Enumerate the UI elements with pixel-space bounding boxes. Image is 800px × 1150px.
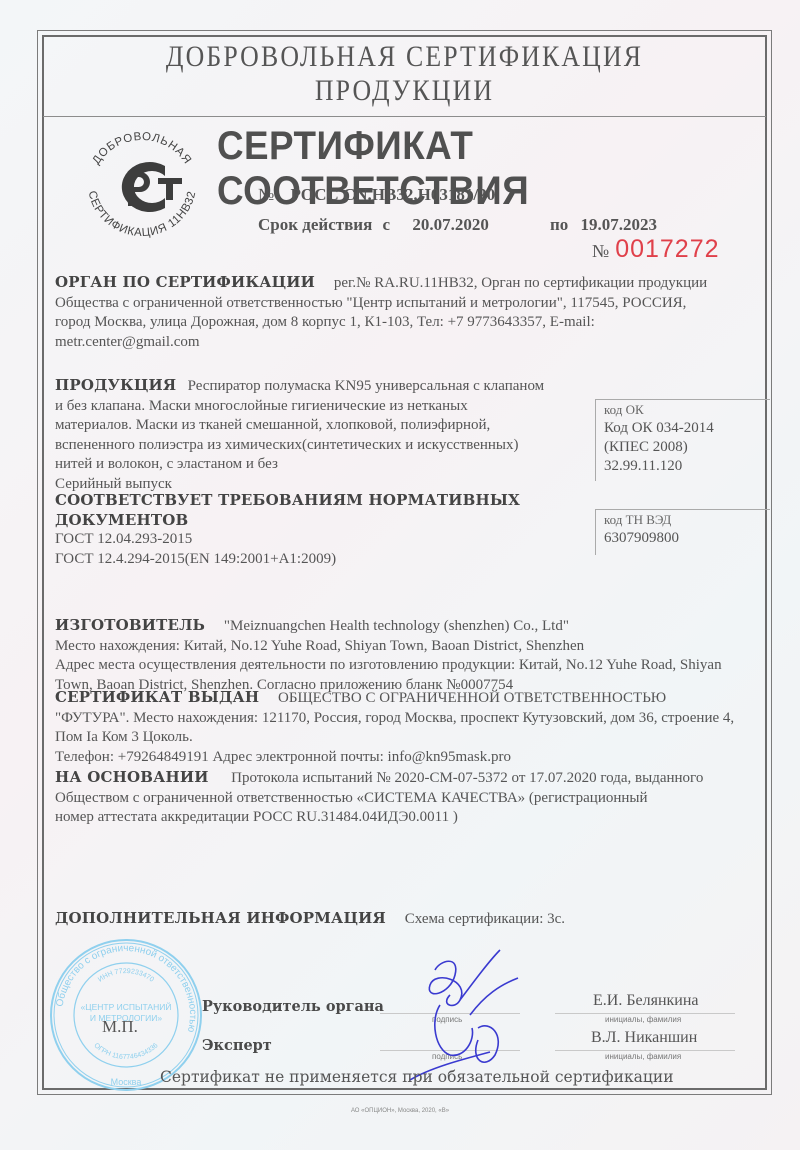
rst-voluntary-certification-logo-icon: ДОБРОВОЛЬНАЯ СЕРТИФИКАЦИЯ 11НВ32 xyxy=(70,126,215,241)
svg-text:СЕРТИФИКАЦИЯ 11НВ32: СЕРТИФИКАЦИЯ 11НВ32 xyxy=(86,190,199,239)
product-section: ПРОДУКЦИЯ Респиратор полумаска KN95 унив… xyxy=(55,376,595,494)
basis-label: НА ОСНОВАНИИ xyxy=(55,768,209,786)
svg-text:ИНН 7729233470: ИНН 7729233470 xyxy=(97,968,155,984)
basis-line1: Протокола испытаний № 2020-СМ-07-5372 от… xyxy=(231,770,703,786)
expert-name: В.Л. Никаншин xyxy=(591,1029,697,1047)
conformity-label: СООТВЕТСТВУЕТ ТРЕБОВАНИЯМ НОРМАТИВНЫХ ДО… xyxy=(55,491,615,530)
manufacturer-label: ИЗГОТОВИТЕЛЬ xyxy=(55,616,205,634)
tnved-code-value: 6307909800 xyxy=(604,529,770,548)
svg-text:ОГРН 1167746434336: ОГРН 1167746434336 xyxy=(92,1042,159,1061)
number-sign: № xyxy=(258,185,274,204)
head-of-body-label: Руководитель органа xyxy=(202,998,384,1015)
manufacturer-name: "Meiznuangchen Health technology (shenzh… xyxy=(224,618,569,634)
tnved-code-label: код ТН ВЭД xyxy=(604,510,770,529)
manufacturer-location: Место нахождения: Китай, No.12 Yuhe Road… xyxy=(55,637,770,657)
blank-number-sign: № xyxy=(592,241,609,261)
ok-code-line1: Код ОК 034-2014 xyxy=(604,419,770,438)
seal-ogrn: ОГРН 1167746434336 xyxy=(92,1042,159,1061)
certification-body-line2: Общества с ограниченной ответственностью… xyxy=(55,294,755,314)
footer-note: Сертификат не применяется при обязательн… xyxy=(160,1068,674,1086)
seal-placeholder-label: М.П. xyxy=(102,1017,138,1037)
voluntary-certification-header: ДОБРОВОЛЬНАЯ СЕРТИФИКАЦИЯ ПРОДУКЦИИ xyxy=(94,40,714,108)
issued-to-line1: ОБЩЕСТВО С ОГРАНИЧЕННОЙ ОТВЕТСТВЕННОСТЬЮ xyxy=(278,690,666,706)
issued-to-contacts: Телефон: +79264849191 Адрес электронной … xyxy=(55,748,770,768)
product-line1: Респиратор полумаска KN95 универсальная … xyxy=(188,378,545,394)
ok-code-label: код ОК xyxy=(604,400,770,419)
issued-to-line3: Пом Iа Ком 3 Цоколь. xyxy=(55,728,770,748)
validity-to: по 19.07.2023 xyxy=(550,215,657,235)
certificate-number: № РОСС CN.НВ32.Н03181/20 xyxy=(258,185,495,205)
additional-info-label: ДОПОЛНИТЕЛЬНАЯ ИНФОРМАЦИЯ xyxy=(55,909,386,927)
additional-info-value: Схема сертификации: 3с. xyxy=(405,911,565,927)
certification-body-section: ОРГАН ПО СЕРТИФИКАЦИИ рег.№ RA.RU.11НВ32… xyxy=(55,273,755,352)
basis-line3: номер аттестата аккредитации РОСС RU.314… xyxy=(55,808,770,828)
expert-label: Эксперт xyxy=(202,1037,272,1054)
product-line4: вспененного полиэстра из химических(синт… xyxy=(55,436,595,456)
head-name: Е.И. Белянкина xyxy=(593,992,699,1010)
manufacturer-production-address: Адрес места осуществления деятельности п… xyxy=(55,656,770,676)
head-name-line xyxy=(555,1013,735,1014)
expert-name-caption: инициалы, фамилия xyxy=(605,1052,681,1061)
seal-inn: ИНН 7729233470 xyxy=(97,968,155,984)
basis-line2: Обществом с ограниченной ответственность… xyxy=(55,789,770,809)
header-divider xyxy=(43,116,766,117)
conformity-doc-2: ГОСТ 12.4.294-2015(EN 149:2001+A1:2009) xyxy=(55,550,615,570)
ok-code-line3: 32.99.11.120 xyxy=(604,457,770,476)
printer-imprint: АО «ОПЦИОН», Москва, 2020, «В» xyxy=(0,1108,800,1114)
svg-text:ДОБРОВОЛЬНАЯ: ДОБРОВОЛЬНАЯ xyxy=(91,131,194,167)
blank-number-value: 0017272 xyxy=(615,235,719,263)
issued-to-line2: "ФУТУРА". Место нахождения: 121170, Росс… xyxy=(55,709,770,729)
from-label: с xyxy=(383,215,391,234)
additional-info-section: ДОПОЛНИТЕЛЬНАЯ ИНФОРМАЦИЯ Схема сертифик… xyxy=(55,909,655,930)
manufacturer-section: ИЗГОТОВИТЕЛЬ "Meiznuangchen Health techn… xyxy=(55,616,770,695)
issued-to-label: СЕРТИФИКАТ ВЫДАН xyxy=(55,688,259,706)
certification-body-line3: город Москва, улица Дорожная, дом 8 корп… xyxy=(55,313,755,333)
certification-body-line1: рег.№ RA.RU.11НВ32, Орган по сертификаци… xyxy=(334,275,707,291)
logo-ring-text-top: ДОБРОВОЛЬНАЯ xyxy=(91,131,194,167)
issued-to-section: СЕРТИФИКАТ ВЫДАН ОБЩЕСТВО С ОГРАНИЧЕННОЙ… xyxy=(55,688,770,767)
certification-body-email: metr.center@gmail.com xyxy=(55,333,755,353)
basis-section: НА ОСНОВАНИИ Протокола испытаний № 2020-… xyxy=(55,768,770,828)
conformity-doc-1: ГОСТ 12.04.293-2015 xyxy=(55,530,615,550)
seal-center-line1: «ЦЕНТР ИСПЫТАНИЙ xyxy=(81,1001,172,1012)
validity-from: Срок действия с 20.07.2020 xyxy=(258,215,489,235)
to-date: 19.07.2023 xyxy=(581,215,658,234)
product-label: ПРОДУКЦИЯ xyxy=(55,376,176,394)
expert-name-line xyxy=(555,1050,735,1051)
product-line5: нитей и волокон, с эластаном и без xyxy=(55,455,595,475)
ok-code-line2: (КПЕС 2008) xyxy=(604,438,770,457)
product-line3: материалов. Маски из тканей смешанной, х… xyxy=(55,416,595,436)
from-date: 20.07.2020 xyxy=(412,215,489,234)
to-label: по xyxy=(550,215,568,234)
tnved-code-box: код ТН ВЭД 6307909800 xyxy=(595,509,770,555)
certification-body-label: ОРГАН ПО СЕРТИФИКАЦИИ xyxy=(55,273,315,291)
certificate-number-value: РОСС CN.НВ32.Н03181/20 xyxy=(290,185,495,204)
ok-code-box: код ОК Код ОК 034-2014 (КПЕС 2008) 32.99… xyxy=(595,399,770,481)
logo-ring-text-bottom: СЕРТИФИКАЦИЯ 11НВ32 xyxy=(86,190,199,239)
validity-label: Срок действия xyxy=(258,215,372,234)
head-name-caption: инициалы, фамилия xyxy=(605,1015,681,1024)
product-line2: и без клапана. Маски многослойные гигиен… xyxy=(55,397,595,417)
conformity-section: СООТВЕТСТВУЕТ ТРЕБОВАНИЯМ НОРМАТИВНЫХ ДО… xyxy=(55,491,615,569)
seal-city: Москва xyxy=(111,1077,142,1087)
blank-number: №0017272 xyxy=(592,235,720,264)
